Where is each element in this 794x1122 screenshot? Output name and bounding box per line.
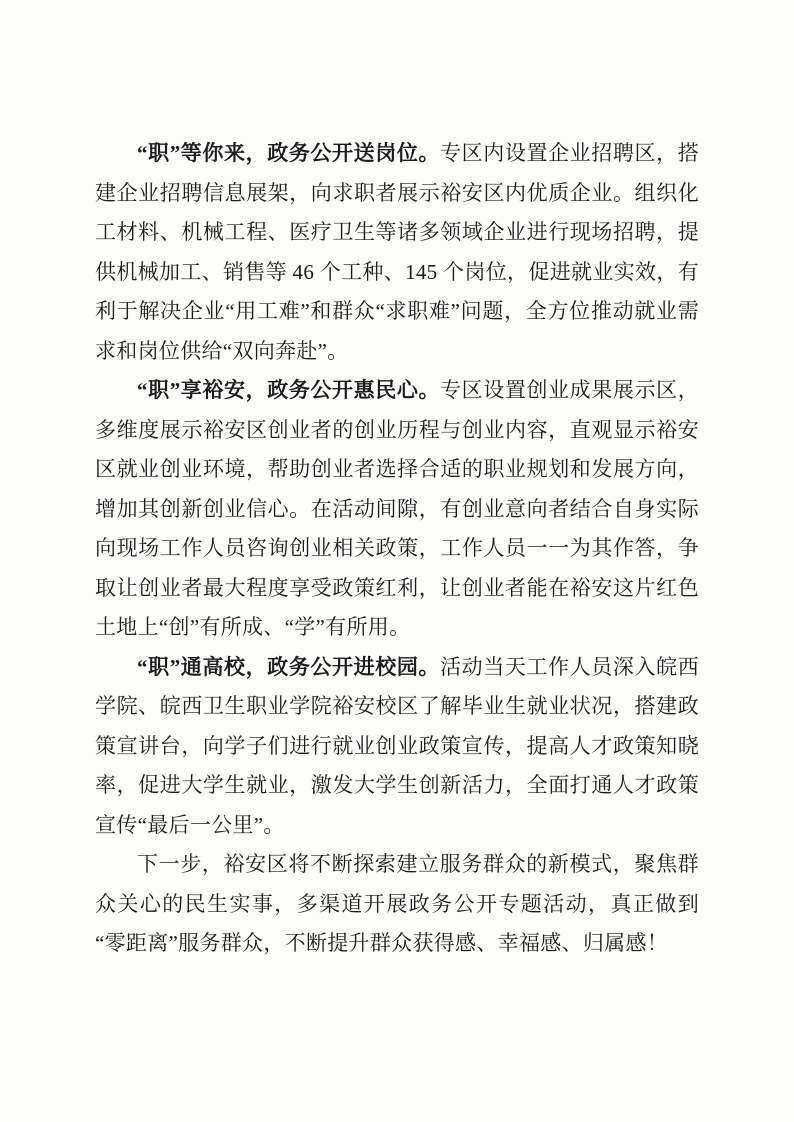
paragraph-body: 专区设置创业成果展示区，多维度展示裕安区创业者的创业历程与创业内容，直观显示裕安… [95, 378, 699, 639]
paragraph-lead: “职”通高校，政务公开进校园。 [137, 655, 440, 679]
paragraph: 下一步，裕安区将不断探索建立服务群众的新模式，聚焦群众关心的民生实事，多渠道开展… [95, 845, 699, 964]
paragraph-lead: “职”等你来，政务公开送岗位。 [137, 141, 440, 165]
paragraph: “职”等你来，政务公开送岗位。专区内设置企业招聘区，搭建企业招聘信息展架，向求职… [95, 134, 699, 371]
document-page: “职”等你来，政务公开送岗位。专区内设置企业招聘区，搭建企业招聘信息展架，向求职… [0, 0, 794, 1122]
paragraph: “职”通高校，政务公开进校园。活动当天工作人员深入皖西学院、皖西卫生职业学院裕安… [95, 648, 699, 846]
paragraph-body: 下一步，裕安区将不断探索建立服务群众的新模式，聚焦群众关心的民生实事，多渠道开展… [95, 852, 699, 955]
paragraph-body: 活动当天工作人员深入皖西学院、皖西卫生职业学院裕安校区了解毕业生就业状况，搭建政… [95, 655, 699, 837]
paragraph: “职”享裕安，政务公开惠民心。专区设置创业成果展示区，多维度展示裕安区创业者的创… [95, 371, 699, 648]
paragraph-body: 专区内设置企业招聘区，搭建企业招聘信息展架，向求职者展示裕安区内优质企业。组织化… [95, 141, 699, 363]
paragraph-lead: “职”享裕安，政务公开惠民心。 [137, 378, 440, 402]
